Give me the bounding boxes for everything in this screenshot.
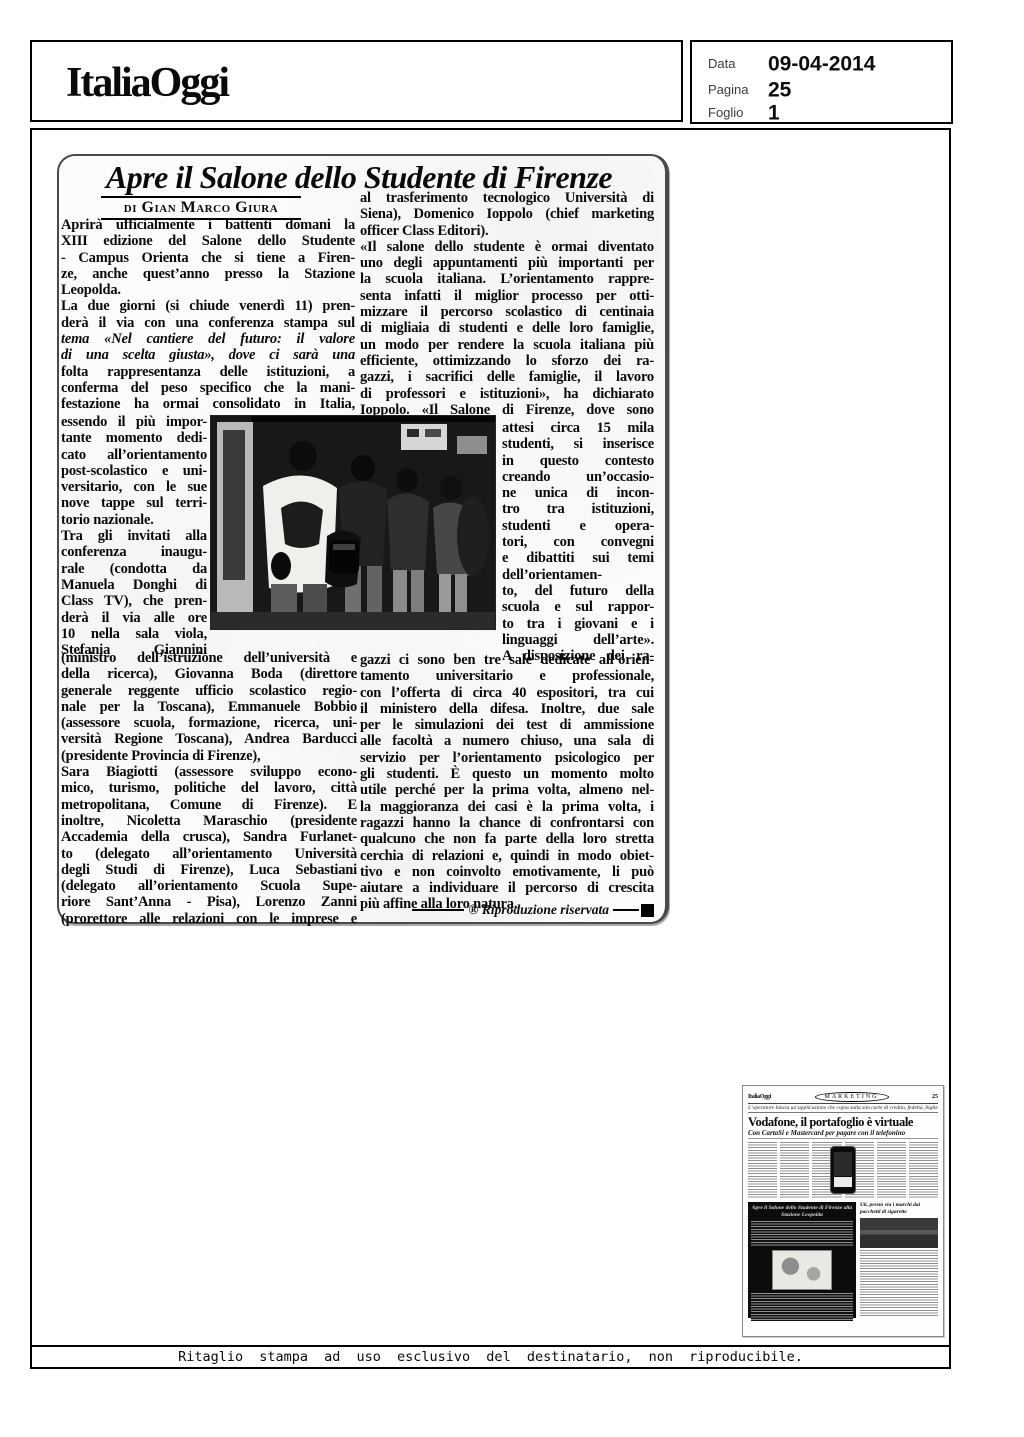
- article-line: alle facoltà a numero chiuso, una sala d…: [360, 733, 654, 749]
- newspaper-logo: ItaliaOggi: [66, 59, 228, 107]
- inverted-fake-text: [751, 1293, 853, 1321]
- article-line: Sara Biagiotti (assessore sviluppo econo…: [61, 764, 357, 780]
- meta-label-data: Data: [708, 51, 764, 77]
- article-line: Aprirà ufficialmente i battenti domani l…: [61, 217, 355, 233]
- inverted-fake-text: [751, 1221, 853, 1247]
- article-line: mizzare il percorso scolastico di centin…: [360, 304, 654, 320]
- masthead-box: ItaliaOggi: [30, 40, 683, 122]
- article-line: Siena), Domenico Ioppolo (chief marketin…: [360, 206, 654, 222]
- thumbnail-subhead: Con CartaSi e Mastercard per pagare con …: [748, 1129, 938, 1139]
- article-line: nale per la Toscana), Emmanuele Bobbio: [61, 699, 357, 715]
- article-line: per le simulazioni dei test di ammission…: [360, 717, 654, 733]
- article-line: attesi circa 15 mila: [502, 420, 654, 436]
- article-line: al trasferimento tecnologico Università …: [360, 190, 654, 206]
- article-line: creando un’occasio-: [502, 469, 654, 485]
- article-line: senta infatti il miglior processo per ot…: [360, 288, 654, 304]
- article-line: dell’orientamen-: [502, 567, 654, 583]
- article-line: il ministero della difesa. Inoltre, due …: [360, 701, 654, 717]
- article-line: Class TV), che pren-: [61, 593, 207, 609]
- thumbnail-section-label: MARKETING: [815, 1092, 889, 1102]
- article-line: (delegato all’orientamento Scuola Supe-: [61, 878, 357, 894]
- article-line: tante momento dedi-: [61, 430, 207, 446]
- fake-text-column: [748, 1142, 777, 1198]
- article-line: versità Regione Toscana), Andrea Barducc…: [61, 731, 357, 747]
- article-line: «Il salone dello studente è ormai divent…: [360, 239, 654, 255]
- article-line: di migliaia di studenti e delle loro fam…: [360, 320, 654, 336]
- article-line: riore Sant’Anna - Pisa), Lorenzo Zanni: [61, 894, 357, 910]
- article-line: gazzi, i sacrifici delle famiglie, il la…: [360, 369, 654, 385]
- inset-left-title: Apre il Salone dello Studente di Firenze…: [751, 1205, 853, 1219]
- thumbnail-header: ItaliaOggi MARKETING 25: [748, 1091, 938, 1104]
- article-line: utile perché per la prima volta, almeno …: [360, 782, 654, 798]
- article-line: metropolitana, Comune di Firenze). E: [61, 797, 357, 813]
- repro-dash-right: [613, 909, 639, 911]
- clipping-area: Apre il Salone dello Studente di Firenze…: [30, 128, 951, 1347]
- footer-strip: Ritaglio stampa ad uso esclusivo del des…: [30, 1345, 951, 1369]
- article-line: un modo per rendere la scuola italiana p…: [360, 337, 654, 353]
- cigarette-article-photo: [860, 1218, 938, 1248]
- article-line: conferenza inaugu-: [61, 544, 207, 560]
- article-line: officer Class Editori).: [360, 223, 654, 239]
- right-column-block-2: attesi circa 15 milastudenti, si inseris…: [502, 420, 654, 664]
- article-line: Leopolda.: [61, 282, 355, 298]
- article-line: e dibattiti sui temi: [502, 550, 654, 566]
- article-line: conferma del peso specifico che la mani-: [61, 380, 355, 396]
- article-line: post-scolastico e uni-: [61, 463, 207, 479]
- article-line: mico, turismo, politiche del lavoro, cit…: [61, 780, 357, 796]
- inset-photo-placeholder: [772, 1250, 832, 1290]
- article-line: folta rappresentanza delle istituzioni, …: [61, 364, 355, 380]
- meta-value-sheet: 1: [768, 101, 780, 124]
- article-line: XIII edizione del Salone dello Studente: [61, 233, 355, 249]
- left-column-block-3: (ministro dell’istruzione dell’universit…: [61, 650, 357, 927]
- article-line: Accademia della crusca), Sandra Furlanet…: [61, 829, 357, 845]
- article-line: essendo il più impor-: [61, 414, 207, 430]
- article-line: (prorettore alle relazioni con le impres…: [61, 911, 357, 927]
- article-line: con l’offerta di circa 40 espositori, tr…: [360, 685, 654, 701]
- article-line: gli studenti. È questo un momento molto: [360, 766, 654, 782]
- article-line: (presidente Provincia di Firenze),: [61, 748, 357, 764]
- article-line: (assessore scuola, formazione, ricerca, …: [61, 715, 357, 731]
- article-line: to tra i giovani e i: [502, 616, 654, 632]
- article-line: tori, con convegni: [502, 534, 654, 550]
- article-line: derà il via con una conferenza stampa su…: [61, 315, 355, 331]
- meta-value-page: 25: [768, 78, 791, 101]
- article-line: scuola e sul rappor-: [502, 599, 654, 615]
- article-photo-students: [210, 415, 496, 630]
- article-line: qualcuno che non fa parte della loro str…: [360, 831, 654, 847]
- article-line: generale reggente ufficio scolastico reg…: [61, 683, 357, 699]
- right-column-block-1: al trasferimento tecnologico Università …: [360, 190, 654, 418]
- article-line: studenti, si inserisce: [502, 436, 654, 452]
- article-line: tro tra istituzioni,: [502, 501, 654, 517]
- article-line: la maggioranza dei casi è la prima volta…: [360, 799, 654, 815]
- article-line: rale (condotta da: [61, 561, 207, 577]
- phone-image: [830, 1146, 856, 1194]
- phone-screen-lower: [834, 1177, 852, 1187]
- thumbnail-body-columns: [748, 1142, 938, 1198]
- article-line: ragazzi hanno la chance di confrontarsi …: [360, 815, 654, 831]
- article-line: la scuola italiana. L’orientamento rappr…: [360, 271, 654, 287]
- end-of-article-square: [641, 904, 654, 917]
- article-line: (ministro dell’istruzione dell’universit…: [61, 650, 357, 666]
- thumbnail-headline: Vodafone, il portafoglio è virtuale: [748, 1115, 938, 1129]
- article-line: tema «Nel cantiere del futuro: il valore: [61, 331, 355, 347]
- meta-row-sheet: Foglio 1: [708, 100, 780, 126]
- fake-text-column: [909, 1142, 938, 1198]
- article-line: inoltre, Nicoletta Maraschio (presidente: [61, 813, 357, 829]
- repro-text: ® Riproduzione riservata: [468, 902, 609, 918]
- fake-text-column: [860, 1250, 938, 1316]
- article-line: tamento universitario e professionale,: [360, 668, 654, 684]
- phone-screen: [834, 1152, 852, 1176]
- article-line: cato all’orientamento: [61, 447, 207, 463]
- repro-dash-left: [412, 909, 464, 911]
- press-clipping-sheet: ItaliaOggi Data 09-04-2014 Pagina 25 Fog…: [0, 0, 1024, 1437]
- article-line: uno degli appuntamenti più importanti pe…: [360, 255, 654, 271]
- meta-row-date: Data 09-04-2014: [708, 51, 875, 77]
- article-line: nove tappe sul terri-: [61, 495, 207, 511]
- inset-right-title: Uk, presto via i marchi dai pacchetti di…: [860, 1202, 938, 1216]
- article-line: 10 nella sala viola,: [61, 626, 207, 642]
- meta-label-foglio: Foglio: [708, 100, 764, 126]
- thumbnail-page-number: 25: [932, 1094, 938, 1100]
- article-line: ze, anche quest’anno presso la Stazione: [61, 266, 355, 282]
- article-line: Tra gli invitati alla: [61, 528, 207, 544]
- article-line: gazzi ci sono ben tre sale dedicate all’…: [360, 652, 654, 668]
- article-line: festazione ha ormai consolidato in Itali…: [61, 396, 355, 412]
- newspaper-page-thumbnail: ItaliaOggi MARKETING 25 L’operatore lanc…: [742, 1085, 944, 1337]
- article-line: to (delegato all’orientamento Università: [61, 846, 357, 862]
- article-line: to, del futuro della: [502, 583, 654, 599]
- thumbnail-strapline: L’operatore lancia un’applicazione che c…: [748, 1104, 938, 1113]
- article-line: Manuela Donghi di: [61, 577, 207, 593]
- left-column-block-2: essendo il più impor-tante momento dedi-…: [61, 414, 207, 658]
- article-line: - Campus Orienta che si tiene a Firen-: [61, 250, 355, 266]
- left-column-block-1: Aprirà ufficialmente i battenti domani l…: [61, 217, 355, 413]
- fake-text-column: [877, 1142, 906, 1198]
- article-line: cerchia di relazioni e, quindi in modo o…: [360, 848, 654, 864]
- fake-text-column: [780, 1142, 809, 1198]
- article-line: di professori e istituzioni», ha dichiar…: [360, 386, 654, 402]
- article-line: La due giorni (si chiude venerdì 11) pre…: [61, 298, 355, 314]
- thumbnail-masthead: ItaliaOggi: [748, 1094, 771, 1100]
- article-line: linguaggi dell’arte».: [502, 632, 654, 648]
- clipping-metadata-box: Data 09-04-2014 Pagina 25 Foglio 1: [690, 40, 953, 124]
- article-line: derà il via alle ore: [61, 610, 207, 626]
- highlighted-clipped-article: Apre il Salone dello Studente di Firenze…: [748, 1202, 856, 1318]
- reproduction-notice: ® Riproduzione riservata: [360, 902, 654, 918]
- article-line: di una scelta giusta», dove ci sarà una: [61, 347, 355, 363]
- article-line: aiutare a individuare il percorso di cre…: [360, 880, 654, 896]
- article-line: della ricerca), Giovanna Boda (direttore: [61, 666, 357, 682]
- thumbnail-bottom-row: Apre il Salone dello Studente di Firenze…: [748, 1202, 938, 1318]
- article-line: in questo contesto: [502, 453, 654, 469]
- article-line: efficiente, ottimizzando lo sforzo dei r…: [360, 353, 654, 369]
- article-line: studenti e opera-: [502, 518, 654, 534]
- right-column-block-3: gazzi ci sono ben tre sale dedicate all’…: [360, 652, 654, 913]
- article-line: degli Studi di Firenze), Luca Sebastiani: [61, 862, 357, 878]
- article-line: torio nazionale.: [61, 512, 207, 528]
- secondary-article: Uk, presto via i marchi dai pacchetti di…: [860, 1202, 938, 1318]
- footer-notice: Ritaglio stampa ad uso esclusivo del des…: [32, 1347, 949, 1367]
- article-clip: Apre il Salone dello Studente di Firenze…: [57, 154, 669, 924]
- article-line: ne unica di incon-: [502, 485, 654, 501]
- article-line: tivo e non coinvolto emotivamente, li pu…: [360, 864, 654, 880]
- meta-value-date: 09-04-2014: [768, 52, 875, 75]
- article-line: versitario, con le sue: [61, 479, 207, 495]
- article-line: servizio per l’orientamento psicologico …: [360, 750, 654, 766]
